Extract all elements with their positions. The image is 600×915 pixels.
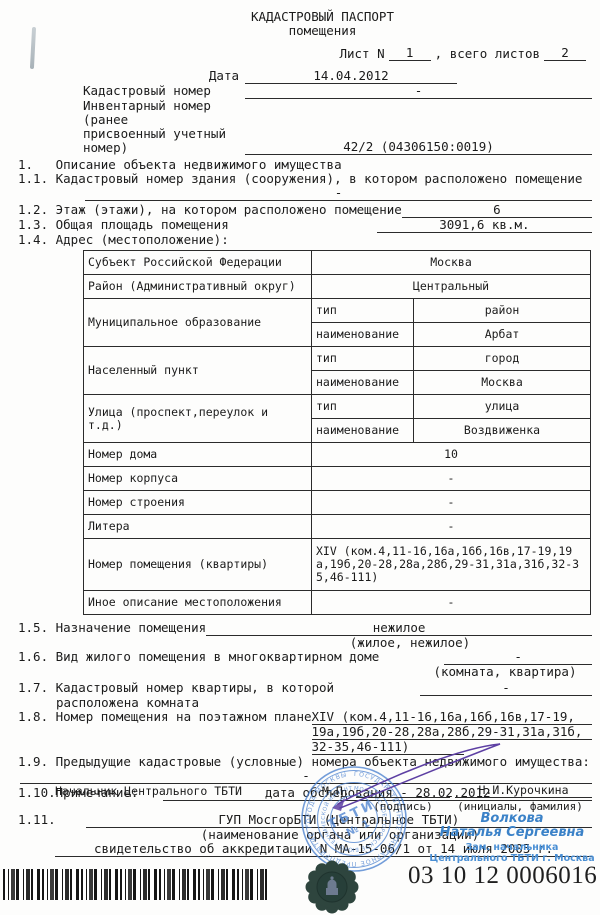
deputy-name-line2: Наталья Сергеевна bbox=[428, 826, 596, 840]
cadastral-passport-page: КАДАСТРОВЫЙ ПАСПОРТ помещения Лист N 1 ,… bbox=[0, 0, 600, 915]
table-cell-label: Иное описание местоположения bbox=[84, 591, 312, 615]
table-cell-label: Муниципальное образование bbox=[84, 299, 312, 347]
official-title: Начальник Центрального ТБТИ bbox=[55, 784, 242, 798]
section-1-3-text: 1.3. Общая площадь помещения bbox=[18, 218, 229, 233]
inventory-label-line1: Инвентарный номер (ранее bbox=[83, 99, 245, 127]
table-row-house-number: Номер дома 10 bbox=[84, 443, 591, 467]
table-cell-value: Москва bbox=[312, 251, 591, 275]
section-1-6-hint-row: (комната, квартира) bbox=[18, 665, 592, 679]
inventory-number-row: Инвентарный номер (ранее присвоенный уче… bbox=[18, 99, 592, 155]
inventory-number-label: Инвентарный номер (ранее присвоенный уче… bbox=[18, 99, 245, 155]
section-1-2-value: 6 bbox=[402, 203, 592, 218]
table-cell-label: Район (Административный округ) bbox=[84, 275, 312, 299]
emblem-seal bbox=[304, 859, 360, 915]
table-cell-subkey: тип bbox=[312, 347, 414, 371]
section-1-6-text: 1.6. Вид жилого помещения в многоквартир… bbox=[18, 650, 379, 665]
table-cell-label: Улица (проспект,переулок и т.д.) bbox=[84, 395, 312, 443]
table-row-street-type: Улица (проспект,переулок и т.д.) тип ули… bbox=[84, 395, 591, 419]
table-cell-value: улица bbox=[414, 395, 591, 419]
sheet-counter: Лист N 1 , всего листов 2 bbox=[18, 46, 590, 61]
section-1-5-hint: (жилое, нежилое) bbox=[228, 636, 592, 650]
table-row-district: Район (Административный округ) Центральн… bbox=[84, 275, 591, 299]
section-1-6-value: - bbox=[444, 650, 592, 665]
table-cell-subkey: наименование bbox=[312, 419, 414, 443]
inventory-label-line2: присвоенный учетный номер) bbox=[83, 127, 245, 155]
section-1-1-value: - bbox=[85, 186, 592, 201]
handwritten-signature bbox=[328, 738, 508, 818]
cadastral-number-value: - bbox=[245, 84, 592, 99]
table-cell-value: Центральный bbox=[312, 275, 591, 299]
section-1-5-hint-row: (жилое, нежилое) bbox=[18, 636, 592, 650]
table-cell-label: Номер строения bbox=[84, 491, 312, 515]
section-1-1-line: - bbox=[18, 186, 592, 201]
table-row-building-number: Номер корпуса - bbox=[84, 467, 591, 491]
table-cell-value: Арбат bbox=[414, 323, 591, 347]
section-1-8-value-line1: XIV (ком.4,11-16,16а,16б,16в,17-19, bbox=[312, 710, 593, 725]
table-cell-value: XIV (ком.4,11-16,16а,16б,16в,17-19,19а,1… bbox=[312, 539, 591, 591]
table-cell-value: город bbox=[414, 347, 591, 371]
section-1-2-text: 1.2. Этаж (этажи), на котором расположен… bbox=[18, 203, 402, 218]
table-cell-value: 10 bbox=[312, 443, 591, 467]
section-1-7-line2-row: расположена комната bbox=[18, 696, 592, 710]
address-table: Субъект Российской Федерации Москва Райо… bbox=[83, 250, 591, 615]
table-cell-value: район bbox=[414, 299, 591, 323]
section-1-2: 1.2. Этаж (этажи), на котором расположен… bbox=[18, 203, 592, 218]
table-cell-value: - bbox=[312, 515, 591, 539]
date-label: Дата bbox=[18, 69, 245, 84]
section-1-7-line2: расположена комната bbox=[56, 696, 199, 710]
date-value: 14.04.2012 bbox=[245, 69, 457, 84]
document-header: КАДАСТРОВЫЙ ПАСПОРТ помещения bbox=[0, 0, 600, 38]
table-row-structure-number: Номер строения - bbox=[84, 491, 591, 515]
date-row-spacer bbox=[457, 69, 592, 84]
table-cell-label: Номер помещения (квартиры) bbox=[84, 539, 312, 591]
section-1-7-value: - bbox=[420, 681, 592, 696]
table-cell-label: Субъект Российской Федерации bbox=[84, 251, 312, 275]
table-cell-subkey: тип bbox=[312, 395, 414, 419]
deputy-stamp-text: Волкова Наталья Сергеевна Зам. начальник… bbox=[428, 812, 596, 864]
table-cell-value: - bbox=[312, 467, 591, 491]
section-1-11-num: 1.11. bbox=[18, 813, 56, 828]
table-cell-label: Номер дома bbox=[84, 443, 312, 467]
table-cell-value: - bbox=[312, 491, 591, 515]
table-cell-subkey: наименование bbox=[312, 323, 414, 347]
section-1-7: 1.7. Кадастровый номер квартиры, в котор… bbox=[18, 681, 592, 696]
table-row-settlement-type: Населенный пункт тип город bbox=[84, 347, 591, 371]
section-1-6: 1.6. Вид жилого помещения в многоквартир… bbox=[18, 650, 592, 665]
section-1-3: 1.3. Общая площадь помещения 3091,6 кв.м… bbox=[18, 218, 592, 233]
sheet-total: 2 bbox=[544, 46, 586, 61]
table-cell-label: Номер корпуса bbox=[84, 467, 312, 491]
table-cell-value: Воздвиженка bbox=[414, 419, 591, 443]
table-row-other-description: Иное описание местоположения - bbox=[84, 591, 591, 615]
section-1-5-value: нежилое bbox=[206, 621, 592, 636]
page-title: КАДАСТРОВЫЙ ПАСПОРТ bbox=[45, 10, 600, 24]
section-1-6-hint: (комната, квартира) bbox=[418, 665, 592, 679]
section-1-8-text: 1.8. Номер помещения на поэтажном плане bbox=[18, 710, 312, 755]
section-1-4-text: 1.4. Адрес (местоположение): bbox=[18, 233, 229, 247]
table-cell-subkey: наименование bbox=[312, 371, 414, 395]
section-1-1-text: 1.1. Кадастровый номер здания (сооружени… bbox=[18, 172, 582, 186]
cadastral-number-row: Кадастровый номер - bbox=[18, 84, 592, 99]
section-1-3-value: 3091,6 кв.м. bbox=[377, 218, 592, 233]
serial-number: 03 10 12 0006016 bbox=[408, 869, 597, 883]
page-subtitle: помещения bbox=[45, 24, 600, 38]
table-row-premises-number: Номер помещения (квартиры) XIV (ком.4,11… bbox=[84, 539, 591, 591]
section-1-1: 1.1. Кадастровый номер здания (сооружени… bbox=[18, 172, 592, 186]
barcode bbox=[3, 869, 269, 900]
table-row-subject: Субъект Российской Федерации Москва bbox=[84, 251, 591, 275]
table-cell-value: Москва bbox=[414, 371, 591, 395]
section-1: 1. Описание объекта недвижимого имуществ… bbox=[18, 158, 592, 172]
section-1-4: 1.4. Адрес (местоположение): bbox=[18, 233, 592, 247]
section-1-5: 1.5. Назначение помещения нежилое bbox=[18, 621, 592, 636]
date-row: Дата 14.04.2012 bbox=[18, 69, 592, 84]
section-1-5-text: 1.5. Назначение помещения bbox=[18, 621, 206, 636]
table-row-litera: Литера - bbox=[84, 515, 591, 539]
inventory-number-value: 42/2 (04306150:0019) bbox=[245, 140, 592, 155]
section-1-text: 1. Описание объекта недвижимого имуществ… bbox=[18, 158, 342, 172]
sheet-total-label: , всего листов bbox=[435, 47, 540, 61]
table-cell-label: Населенный пункт bbox=[84, 347, 312, 395]
cadastral-number-label: Кадастровый номер bbox=[18, 84, 245, 99]
section-1-7-line1: 1.7. Кадастровый номер квартиры, в котор… bbox=[18, 681, 334, 696]
sheet-label: Лист N bbox=[339, 47, 384, 61]
table-cell-value: - bbox=[312, 591, 591, 615]
table-cell-label: Литера bbox=[84, 515, 312, 539]
sheet-number: 1 bbox=[389, 46, 431, 61]
table-row-municipality-type: Муниципальное образование тип район bbox=[84, 299, 591, 323]
deputy-role-line1: Зам. начальника bbox=[428, 842, 596, 853]
table-cell-subkey: тип bbox=[312, 299, 414, 323]
